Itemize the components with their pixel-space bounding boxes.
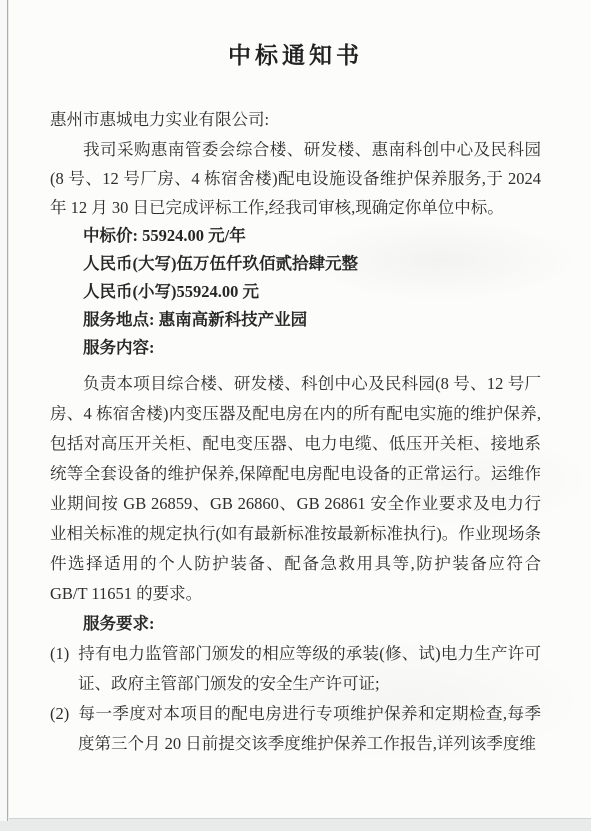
service-content-label: 服务内容: (50, 334, 541, 362)
amount-words-line: 人民币(大写)伍万伍仟玖佰贰拾肆元整 (50, 250, 541, 278)
service-content-paragraph: 负责本项目综合楼、研发楼、科创中心及民科园(8 号、12 号厂房、4 栋宿舍楼)… (50, 369, 541, 609)
scan-left-edge (0, 0, 8, 821)
requirement-item-2: (2)每一季度对本项目的配电房进行专项维护保养和定期检查,每季度第三个月 20 … (50, 699, 541, 759)
document-title: 中标通知书 (50, 38, 541, 74)
amount-figures-label: 人民币(小写) (83, 282, 177, 301)
service-location-line: 服务地点: 惠南高新科技产业园 (50, 306, 541, 334)
amount-figures-line: 人民币(小写)55924.00 元 (50, 278, 541, 306)
intro-paragraph: 我司采购惠南管委会综合楼、研发楼、惠南科创中心及民科园(8 号、12 号厂房、4… (50, 135, 541, 222)
amount-words-value: 伍万伍仟玖佰贰拾肆元整 (177, 254, 359, 273)
service-location-label: 服务地点: (83, 310, 155, 329)
document-page: 中标通知书 惠州市惠城电力实业有限公司: 我司采购惠南管委会综合楼、研发楼、惠南… (9, 0, 591, 819)
amount-words-label: 人民币(大写) (83, 254, 177, 273)
award-price-label: 中标价: (83, 226, 138, 245)
award-price-line: 中标价: 55924.00 元/年 (50, 222, 541, 250)
service-requirements-label: 服务要求: (50, 609, 541, 639)
requirement-2-number: (2) (50, 699, 78, 729)
service-location-value: 惠南高新科技产业园 (159, 310, 308, 329)
requirement-2-text: 每一季度对本项目的配电房进行专项维护保养和定期检查,每季度第三个月 20 日前提… (78, 704, 541, 753)
award-price-value: 55924.00 元/年 (142, 226, 246, 245)
amount-figures-value: 55924.00 元 (177, 282, 260, 301)
requirement-1-text: 持有电力监管部门颁发的相应等级的承装(修、试)电力生产许可证、政府主管部门颁发的… (78, 644, 541, 693)
requirement-1-number: (1) (50, 639, 78, 669)
recipient-line: 惠州市惠城电力实业有限公司: (50, 105, 541, 135)
requirement-item-1: (1)持有电力监管部门颁发的相应等级的承装(修、试)电力生产许可证、政府主管部门… (50, 639, 541, 699)
